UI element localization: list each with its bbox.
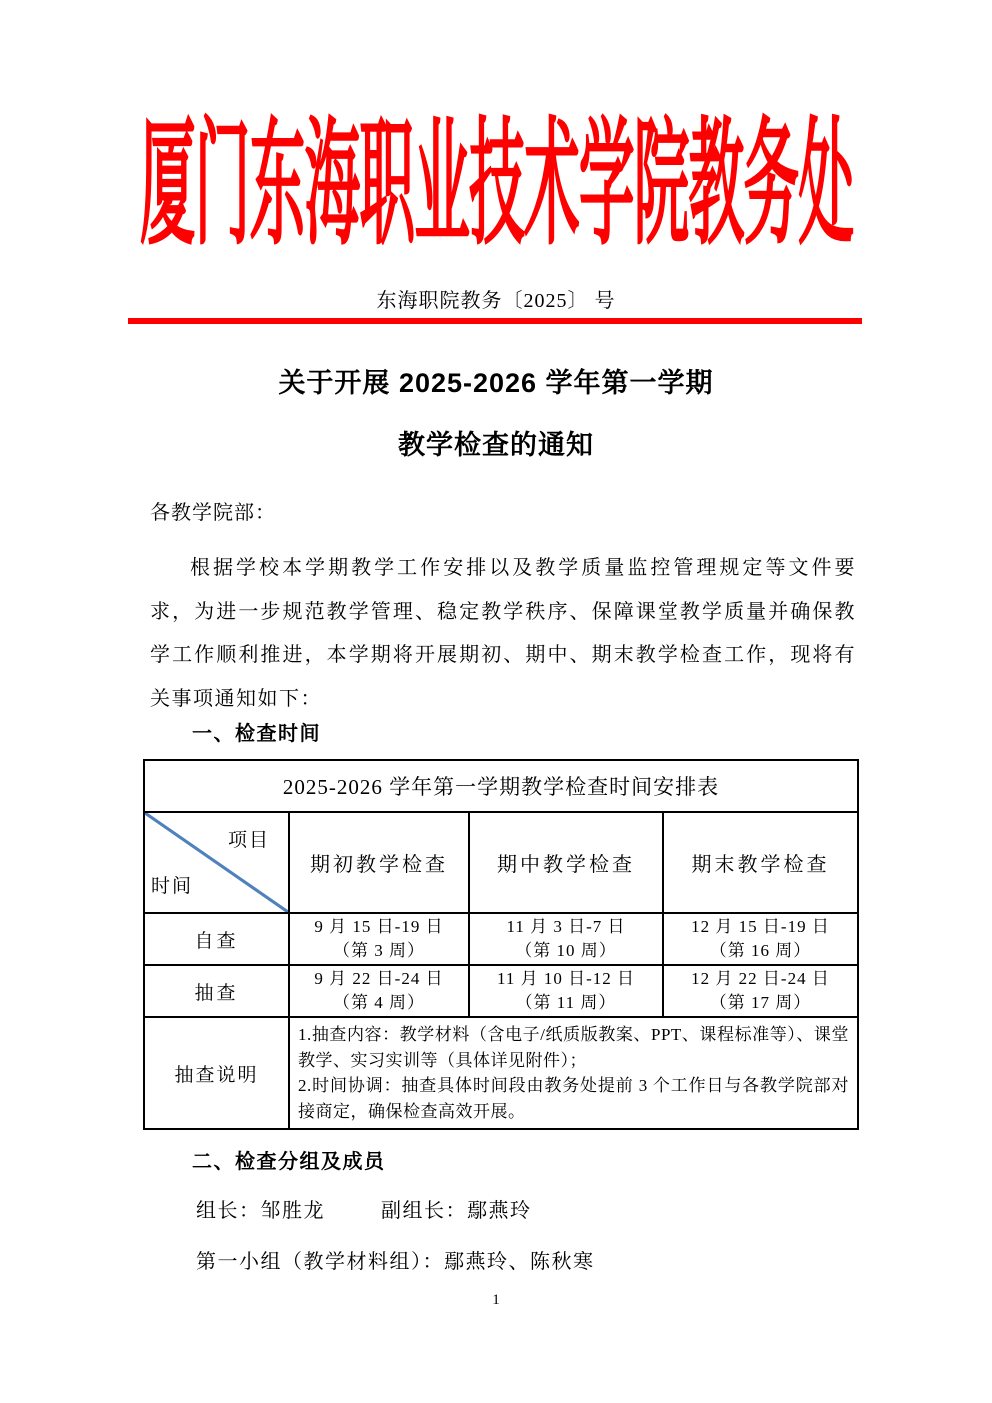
- cell-spot-mid: 11 月 10 日-12 日 （第 11 周）: [469, 965, 663, 1017]
- row-label-self-check: 自查: [144, 913, 289, 965]
- note-item-1: 1.抽查内容：教学材料（含电子/纸质版教案、PPT、课程标准等）、课堂教学、实习…: [298, 1022, 849, 1073]
- notes-cell: 1.抽查内容：教学材料（含电子/纸质版教案、PPT、课程标准等）、课堂教学、实习…: [289, 1017, 858, 1129]
- cell-self-mid: 11 月 3 日-7 日 （第 10 周）: [469, 913, 663, 965]
- group1-line: 第一小组（教学材料组）：鄢燕玲、陈秋寒: [196, 1245, 595, 1274]
- date-range: 11 月 3 日-7 日: [470, 915, 662, 939]
- page-number: 1: [0, 1292, 992, 1309]
- week-range: （第 10 周）: [470, 939, 662, 963]
- letterhead-banner: 厦门东海职业技术学院教务处: [0, 94, 992, 254]
- table-title-row: 2025-2026 学年第一学期教学检查时间安排表: [144, 760, 858, 812]
- week-range: （第 3 周）: [290, 939, 468, 963]
- corner-label-time: 时间: [151, 871, 193, 898]
- document-page: 厦门东海职业技术学院教务处 东海职院教务〔2025〕 号 关于开展 2025-2…: [0, 0, 992, 1403]
- row-label-notes: 抽查说明: [144, 1017, 289, 1129]
- note-item-2: 2.时间协调：抽查具体时间段由教务处提前 3 个工作日与各教学院部对接商定，确保…: [298, 1073, 849, 1124]
- date-range: 12 月 22 日-24 日: [664, 967, 857, 991]
- week-range: （第 4 周）: [290, 991, 468, 1015]
- diagonal-header-cell: 项目 时间: [144, 812, 289, 913]
- salutation: 各教学院部：: [150, 496, 276, 525]
- col-header-final: 期末教学检查: [663, 812, 858, 913]
- col-header-initial: 期初教学检查: [289, 812, 469, 913]
- week-range: （第 16 周）: [664, 939, 857, 963]
- row-label-spot-check: 抽查: [144, 965, 289, 1017]
- doc-title-line1: 关于开展 2025-2026 学年第一学期: [0, 361, 992, 400]
- cell-spot-final: 12 月 22 日-24 日 （第 17 周）: [663, 965, 858, 1017]
- date-range: 9 月 15 日-19 日: [290, 915, 468, 939]
- leaders-line: 组长：邹胜龙副组长：鄢燕玲: [196, 1194, 532, 1223]
- group-leader: 组长：邹胜龙: [196, 1200, 325, 1222]
- table-row-self-check: 自查 9 月 15 日-19 日 （第 3 周） 11 月 3 日-7 日 （第…: [144, 913, 858, 965]
- date-range: 11 月 10 日-12 日: [470, 967, 662, 991]
- cell-self-initial: 9 月 15 日-19 日 （第 3 周）: [289, 913, 469, 965]
- table-row-notes: 抽查说明 1.抽查内容：教学材料（含电子/纸质版教案、PPT、课程标准等）、课堂…: [144, 1017, 858, 1129]
- deputy-leader: 副组长：鄢燕玲: [381, 1200, 532, 1222]
- doc-title-line2: 教学检查的通知: [0, 423, 992, 462]
- org-title: 厦门东海职业技术学院教务处: [139, 75, 852, 273]
- table-header-row: 项目 时间 期初教学检查 期中教学检查 期末教学检查: [144, 812, 858, 913]
- week-range: （第 11 周）: [470, 991, 662, 1015]
- red-divider-rule: [128, 318, 862, 324]
- section2-heading: 二、检查分组及成员: [192, 1145, 386, 1174]
- week-range: （第 17 周）: [664, 991, 857, 1015]
- date-range: 9 月 22 日-24 日: [290, 967, 468, 991]
- table-title: 2025-2026 学年第一学期教学检查时间安排表: [144, 760, 858, 812]
- intro-paragraph: 根据学校本学期教学工作安排以及教学质量监控管理规定等文件要求，为进一步规范教学管…: [150, 547, 856, 721]
- col-header-mid: 期中教学检查: [469, 812, 663, 913]
- table-row-spot-check: 抽查 9 月 22 日-24 日 （第 4 周） 11 月 10 日-12 日 …: [144, 965, 858, 1017]
- date-range: 12 月 15 日-19 日: [664, 915, 857, 939]
- cell-self-final: 12 月 15 日-19 日 （第 16 周）: [663, 913, 858, 965]
- cell-spot-initial: 9 月 22 日-24 日 （第 4 周）: [289, 965, 469, 1017]
- doc-number: 东海职院教务〔2025〕 号: [0, 284, 992, 313]
- inspection-schedule-table: 2025-2026 学年第一学期教学检查时间安排表 项目 时间 期初教学检查 期…: [143, 759, 859, 1130]
- corner-label-project: 项目: [228, 825, 270, 852]
- section1-heading: 一、检查时间: [192, 717, 321, 746]
